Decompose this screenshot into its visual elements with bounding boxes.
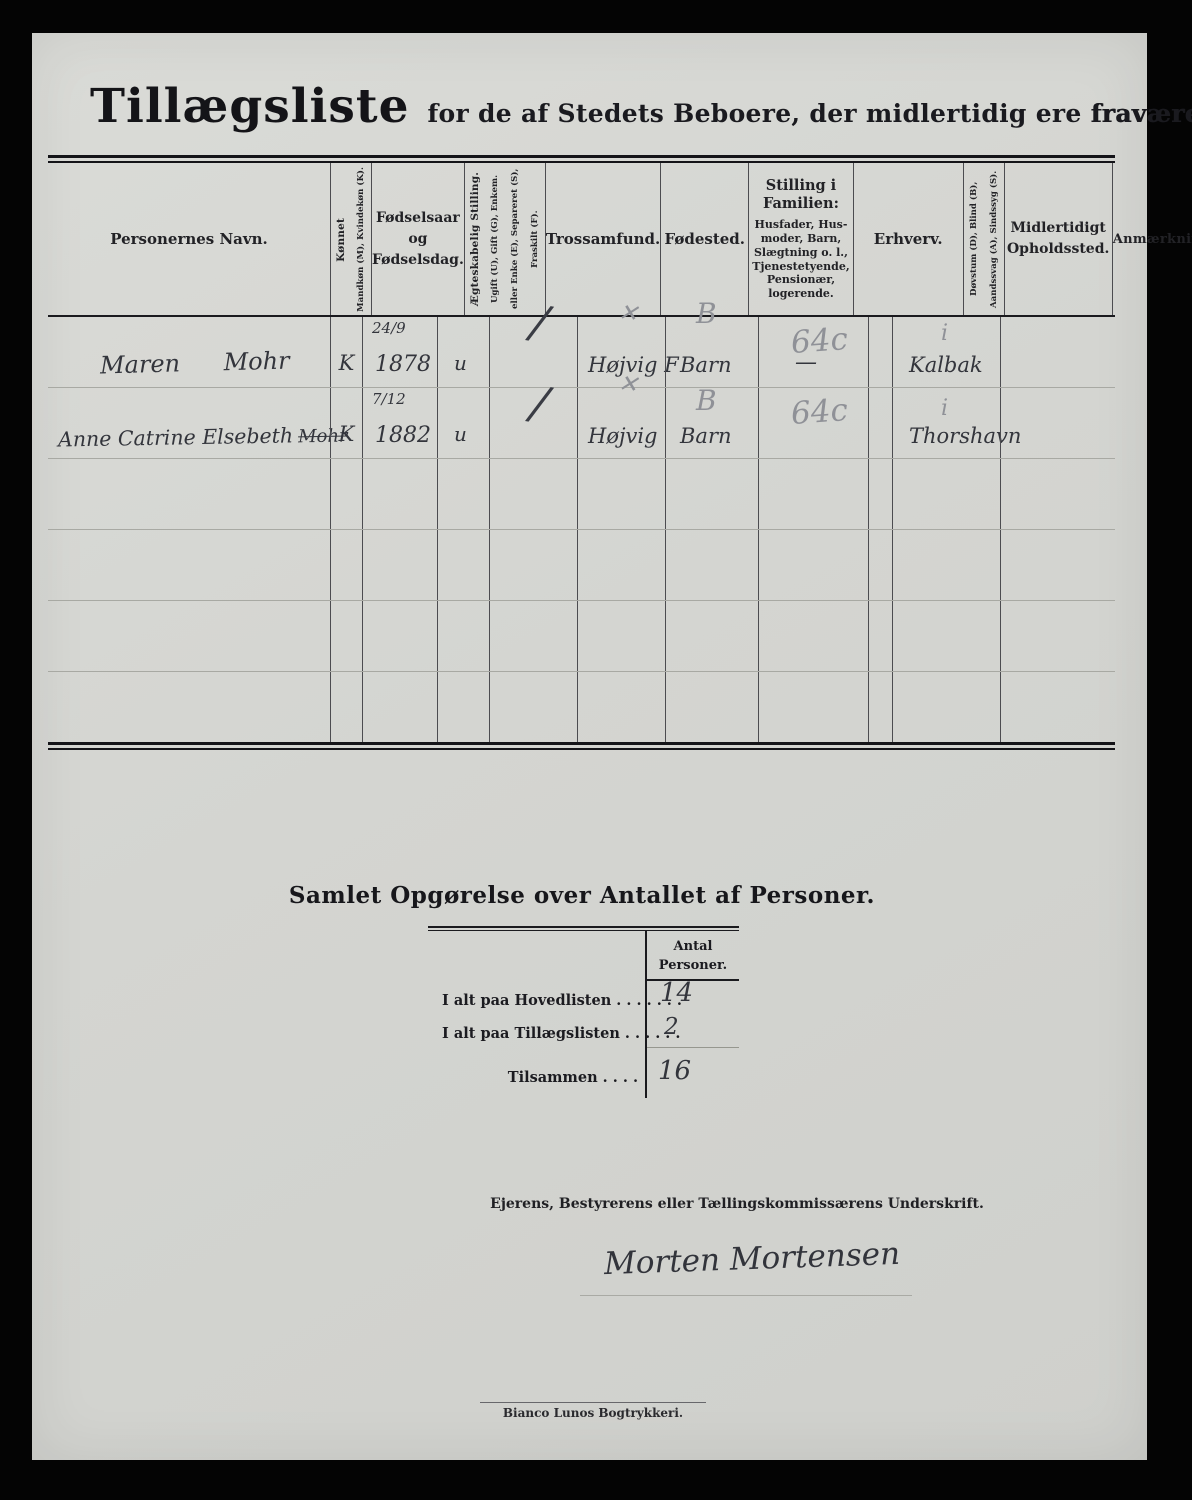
cell-trossamfund: /	[489, 388, 577, 458]
title-subtitle-emphasis: fraværende.	[1091, 99, 1192, 128]
handwritten-opholdssted: Kalbak	[909, 353, 983, 377]
header-fodested-label: Fødested.	[665, 230, 746, 248]
title-main: Tillægsliste	[90, 79, 409, 134]
table-top-rule	[48, 155, 1115, 163]
header-konnet-title: Kønnet	[335, 217, 347, 261]
handwritten-stilling: Barn	[680, 353, 732, 377]
handwritten-hovedlisten-count: 14	[660, 978, 693, 1008]
header-konnet-codes: Mandkøn (M), Kvindekøn (K).	[356, 167, 366, 312]
handwritten-birth-year: 1878	[375, 352, 431, 377]
handwritten-tillaegslisten-count: 2	[664, 1014, 679, 1040]
summary-top-rule	[428, 926, 739, 931]
handwritten-fodested: Højvig	[588, 424, 658, 448]
empty-cell	[665, 459, 758, 529]
empty-cell	[48, 672, 330, 742]
header-dovstum: Døvstum (D), Blind (B), Aandssvag (A), S…	[963, 163, 1004, 315]
cell-birth: 7/12 1882	[362, 388, 437, 458]
empty-cell	[577, 530, 665, 600]
empty-cell	[577, 459, 665, 529]
empty-cell	[892, 601, 1000, 671]
empty-cell	[665, 530, 758, 600]
empty-cell	[330, 459, 362, 529]
empty-cell	[1000, 459, 1115, 529]
header-trossamfund: Trossamfund.	[545, 163, 660, 315]
handwritten-birth-year: 1882	[375, 423, 431, 448]
pencil-x-mark: ✕	[617, 298, 640, 328]
header-personernes-navn: Personernes Navn.	[48, 163, 330, 315]
cell-opholdssted: i Thorshavn	[892, 388, 1000, 458]
cell-anmaerkninger	[1000, 317, 1115, 387]
handwritten-birth-day: 7/12	[372, 390, 406, 408]
summary-total-label: Tilsammen . . . .	[486, 1069, 638, 1086]
empty-row	[48, 530, 1115, 601]
table-bottom-rule	[48, 742, 1115, 750]
empty-cell	[330, 672, 362, 742]
cell-anmaerkninger	[1000, 388, 1115, 458]
summary-column-header: Antal Personer.	[649, 938, 737, 976]
cell-sex: K	[330, 317, 362, 387]
handwritten-birth-day: 24/9	[372, 319, 406, 337]
empty-cell	[48, 459, 330, 529]
pencil-x-mark: ✕	[617, 369, 640, 399]
summary-row-hovedlisten-label: I alt paa Hovedlisten . . . . . . .	[442, 992, 682, 1009]
empty-cell	[330, 530, 362, 600]
empty-cell	[362, 601, 437, 671]
header-aegteskabelig-stilling: Ægteskabelig Stilling. Ugift (U), Gift (…	[464, 163, 545, 315]
empty-cell	[868, 530, 892, 600]
handwritten-marital: u	[454, 422, 467, 446]
empty-cell	[48, 601, 330, 671]
header-anmaerkninger: Anmærkninger.	[1112, 163, 1192, 315]
handwritten-sex: K	[339, 422, 355, 446]
handwritten-sex: K	[339, 351, 355, 375]
empty-row	[48, 672, 1115, 742]
cell-marital: u	[437, 388, 489, 458]
empty-cell	[489, 459, 577, 529]
empty-cell	[868, 601, 892, 671]
empty-cell	[758, 530, 868, 600]
summary-heading: Samlet Opgørelse over Antallet af Person…	[282, 882, 882, 909]
pencil-i-mark: i	[941, 396, 948, 421]
empty-cell	[868, 672, 892, 742]
pencil-erhverv-code: 64c	[790, 392, 849, 432]
empty-cell	[362, 530, 437, 600]
empty-cell	[362, 672, 437, 742]
empty-cell	[437, 601, 489, 671]
header-aegteskab-title: Ægteskabelig Stilling.	[469, 172, 481, 306]
empty-cell	[489, 601, 577, 671]
census-table: Personernes Navn. Kønnet Mandkøn (M), Kv…	[48, 155, 1115, 750]
handwritten-marital: u	[454, 351, 467, 375]
table-row-1: Maren Mohr K 24/9 1878 u / ✕ Højvig F B …	[48, 317, 1115, 388]
summary-table: Antal Personer. I alt paa Hovedlisten . …	[428, 926, 739, 1111]
empty-cell	[665, 672, 758, 742]
header-anmaerkninger-label: Anmærkninger.	[1113, 232, 1192, 247]
pencil-b-mark: B	[696, 297, 717, 330]
header-opholdssted-line1: Midlertidigt	[1011, 220, 1106, 236]
header-trossamfund-label: Trossamfund.	[546, 230, 660, 248]
cell-name: Anne Catrine ElsebethMohr	[48, 388, 330, 458]
empty-row	[48, 601, 1115, 672]
handwritten-total-count: 16	[658, 1056, 691, 1086]
signature-line	[580, 1295, 912, 1296]
empty-cell	[437, 459, 489, 529]
cell-trossamfund: /	[489, 317, 577, 387]
table-header-row: Personernes Navn. Kønnet Mandkøn (M), Kv…	[48, 163, 1115, 317]
handwritten-signature: Morten Mortensen	[586, 1235, 917, 1282]
paper-sheet: Tillægsliste for de af Stedets Beboere, …	[32, 33, 1147, 1460]
printer-imprint: Bianco Lunos Bogtrykkeri.	[430, 1406, 756, 1420]
empty-cell	[330, 601, 362, 671]
empty-cell	[489, 530, 577, 600]
empty-cell	[1000, 601, 1115, 671]
header-stilling-i-familien: Stilling i Familien: Husfader, Hus­moder…	[748, 163, 852, 315]
empty-cell	[577, 601, 665, 671]
cell-opholdssted: i Kalbak	[892, 317, 1000, 387]
foedsel-line2: og	[408, 231, 427, 247]
empty-cell	[437, 672, 489, 742]
header-fodested: Fødested.	[660, 163, 748, 315]
handwritten-name: Maren Mohr	[100, 347, 290, 380]
empty-row	[48, 459, 1115, 530]
header-stilling-title: Stilling i Familien:	[752, 177, 849, 213]
empty-cell	[758, 459, 868, 529]
empty-cell	[1000, 530, 1115, 600]
header-erhverv: Erhverv.	[853, 163, 963, 315]
cell-dovstum	[868, 388, 892, 458]
empty-cell	[665, 601, 758, 671]
empty-cell	[892, 672, 1000, 742]
header-foedselsaar-lines: Fødselsaar og Fødselsdag.	[372, 208, 464, 271]
empty-cell	[868, 459, 892, 529]
empty-cell	[892, 530, 1000, 600]
pencil-i-mark: i	[941, 321, 948, 346]
empty-cell	[892, 459, 1000, 529]
empty-cell	[437, 530, 489, 600]
empty-cell	[362, 459, 437, 529]
empty-cell	[577, 672, 665, 742]
empty-cell	[1000, 672, 1115, 742]
empty-cell	[489, 672, 577, 742]
cell-dovstum	[868, 317, 892, 387]
cell-stilling: B Barn	[665, 317, 758, 387]
header-dovstum-codes: Døvstum (D), Blind (B), Aandssvag (A), S…	[969, 170, 999, 307]
cell-fodested: ✕ Højvig	[577, 388, 665, 458]
signature-caption: Ejerens, Bestyrerens eller Tællingskommi…	[452, 1196, 1022, 1212]
summary-divider-line	[645, 930, 647, 1098]
summary-row-tillaegslisten-label: I alt paa Tillægslisten . . . . . .	[442, 1025, 680, 1042]
table-row-2: Anne Catrine ElsebethMohr K 7/12 1882 u …	[48, 388, 1115, 459]
cell-stilling: B Barn	[665, 388, 758, 458]
title-subtitle: for de af Stedets Beboere, der midlertid…	[427, 99, 1192, 128]
cell-marital: u	[437, 317, 489, 387]
foedsel-line1: Fødselsaar	[376, 210, 460, 226]
cell-birth: 24/9 1878	[362, 317, 437, 387]
handwritten-name: Anne Catrine ElsebethMohr	[58, 422, 348, 451]
header-foedselsaar: Fødselsaar og Fødselsdag.	[371, 163, 464, 315]
cell-name: Maren Mohr	[48, 317, 330, 387]
foedsel-line3: Fødselsdag.	[372, 252, 464, 268]
empty-cell	[48, 530, 330, 600]
handwritten-stilling: Barn	[680, 424, 732, 448]
empty-cell	[758, 672, 868, 742]
cell-sex: K	[330, 388, 362, 458]
scanned-census-page: { "document": { "title": "Tillægsliste",…	[0, 0, 1192, 1500]
empty-cell	[758, 601, 868, 671]
handwritten-erhverv-dash: —	[795, 350, 815, 375]
page-title: Tillægsliste for de af Stedets Beboere, …	[90, 79, 1120, 134]
header-navn-label: Personernes Navn.	[110, 230, 268, 248]
header-erhverv-label: Erhverv.	[874, 230, 943, 248]
header-stilling-codes: Husfader, Hus­moder, Barn, Slægtning o. …	[752, 218, 849, 301]
header-midlertidigt-opholdssted: Midlertidigt Opholdssted.	[1004, 163, 1112, 315]
cell-erhverv: 64c	[758, 388, 868, 458]
pencil-b-mark: B	[696, 384, 717, 417]
title-subtitle-text: for de af Stedets Beboere, der midlertid…	[427, 99, 1081, 128]
header-opholdssted-line2: Opholdssted.	[1007, 241, 1109, 257]
header-konnet: Kønnet Mandkøn (M), Kvindekøn (K).	[330, 163, 371, 315]
cell-erhverv: 64c —	[758, 317, 868, 387]
summary-sum-rule	[647, 1047, 739, 1048]
header-aegteskab-codes: Ugift (U), Gift (G), Enkem. eller Enke (…	[490, 169, 540, 309]
handwritten-name-text: Anne Catrine Elsebeth	[58, 423, 293, 451]
printer-rule	[480, 1402, 706, 1403]
